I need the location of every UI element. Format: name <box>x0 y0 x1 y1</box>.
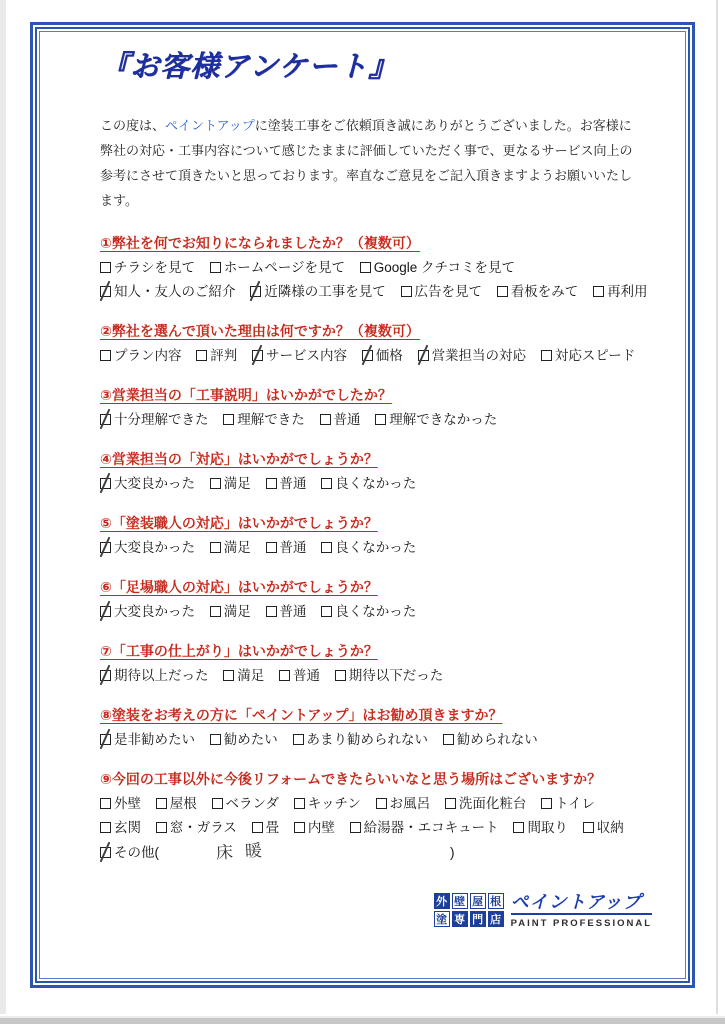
option-label: 良くなかった <box>335 476 416 491</box>
checkbox-option[interactable]: ベランダ <box>212 796 279 811</box>
checkbox-option[interactable]: 屋根 <box>156 796 197 811</box>
question-heading: ②弊社を選んで頂いた理由は何ですか？（複数可） <box>100 321 638 342</box>
logo-text-block: ペイントアップ PAINT PROFESSIONAL <box>511 893 652 929</box>
option-label: 屋根 <box>170 796 197 811</box>
checkbox-option[interactable]: あまり勧められない <box>293 732 429 747</box>
question-8: ⑧塗装をお考えの方に「ペイントアップ」はお勧め頂きますか？ 是非勧めたい 勧めた… <box>100 705 638 752</box>
option-label: 玄関 <box>114 820 141 835</box>
checkbox-option[interactable]: 畳 <box>252 820 280 835</box>
question-5: ⑤「塗装職人の対応」はいかがでしょうか？ 大変良かった 満足 普通 良くなかった <box>100 513 638 560</box>
checkbox-option[interactable]: 窓・ガラス <box>156 820 237 835</box>
checkbox-option[interactable]: 大変良かった <box>100 540 195 555</box>
option-label: 知人・友人のご紹介 <box>114 284 236 299</box>
checkbox-option[interactable]: 普通 <box>266 476 307 491</box>
checkbox-icon <box>223 414 234 425</box>
question-heading: ③営業担当の「工事説明」はいかがでしたか？ <box>100 385 638 406</box>
checkbox-icon <box>100 414 111 425</box>
checkbox-icon <box>100 847 111 858</box>
checkbox-icon <box>294 822 305 833</box>
checkbox-icon <box>513 822 524 833</box>
question-2: ②弊社を選んで頂いた理由は何ですか？（複数可） プラン内容 評判 サービス内容 … <box>100 321 638 368</box>
intro-paragraph: この度は、ペイントアップに塗装工事をご依頼頂き誠にありがとうございました。お客様… <box>100 113 634 213</box>
checkbox-option[interactable]: 間取り <box>513 820 568 835</box>
option-label: ベランダ <box>226 796 279 811</box>
checkbox-option[interactable]: お風呂 <box>376 796 431 811</box>
checkbox-option[interactable]: 満足 <box>210 604 251 619</box>
option-label: 営業担当の対応 <box>432 348 527 363</box>
title-reflection: 『お客様アンケート』 <box>100 85 638 98</box>
checkbox-icon <box>250 286 261 297</box>
option-label: 看板をみて <box>511 284 579 299</box>
checkbox-option[interactable]: 広告を見て <box>401 284 483 299</box>
checkbox-option[interactable]: 再利用 <box>593 284 648 299</box>
checkbox-option[interactable]: 普通 <box>266 540 307 555</box>
checkbox-option[interactable]: 良くなかった <box>321 476 416 491</box>
question-heading: ⑦「工事の仕上がり」はいかがでしょうか？ <box>100 641 638 662</box>
option-label: 普通 <box>334 412 361 427</box>
intro-pre: この度は、 <box>100 118 165 133</box>
checkbox-icon <box>100 478 111 489</box>
checkbox-icon <box>100 734 111 745</box>
option-label: 評判 <box>210 348 237 363</box>
option-label: 期待以下だった <box>349 668 444 683</box>
checkbox-option[interactable]: 満足 <box>223 668 264 683</box>
options-row: 知人・友人のご紹介 近隣様の工事を見て 広告を見て 看板をみて 再利用 <box>100 280 638 304</box>
handwritten-answer: 床暖 <box>215 838 274 865</box>
page-title: 『お客様アンケート』 <box>100 49 638 85</box>
checkbox-icon <box>321 478 332 489</box>
option-label: チラシを見て <box>114 260 195 275</box>
option-label: 給湯器・エコキュート <box>364 820 499 835</box>
option-label: 十分理解できた <box>114 412 209 427</box>
checkbox-option[interactable]: キッチン <box>294 796 361 811</box>
option-label: 畳 <box>266 820 280 835</box>
checkbox-icon <box>223 670 234 681</box>
question-6: ⑥「足場職人の対応」はいかがでしょうか？ 大変良かった 満足 普通 良くなかった <box>100 577 638 624</box>
logo-tile: 外 <box>434 893 450 909</box>
logo-tile: 塗 <box>434 911 450 927</box>
option-label: 満足 <box>237 668 264 683</box>
checkbox-icon <box>100 798 111 809</box>
checkbox-icon <box>196 350 207 361</box>
options-row: 大変良かった 満足 普通 良くなかった <box>100 472 638 496</box>
checkbox-icon <box>212 798 223 809</box>
checkbox-icon <box>210 262 221 273</box>
option-label: 期待以上だった <box>114 668 209 683</box>
checkbox-option[interactable]: チラシを見て <box>100 260 195 275</box>
options-row-other: その他(床暖) <box>100 840 638 865</box>
checkbox-option[interactable]: Google クチコミを見て <box>360 260 515 275</box>
option-label: 対応スピード <box>555 348 635 363</box>
option-label: 広告を見て <box>415 284 483 299</box>
checkbox-icon <box>583 822 594 833</box>
intro-brand-name: ペイントアップ <box>165 118 255 133</box>
option-label: サービス内容 <box>266 348 347 363</box>
question-7: ⑦「工事の仕上がり」はいかがでしょうか？ 期待以上だった 満足 普通 期待以下だ… <box>100 641 638 688</box>
checkbox-option[interactable]: トイレ <box>541 796 595 811</box>
logo-tiles-icon: 外 壁 屋 根 塗 専 門 店 <box>434 893 504 927</box>
checkbox-option[interactable]: 看板をみて <box>497 284 579 299</box>
checkbox-icon <box>100 542 111 553</box>
checkbox-option[interactable]: 良くなかった <box>321 540 416 555</box>
scan-edge-right <box>716 0 718 1014</box>
checkbox-option[interactable]: 理解できなかった <box>375 412 497 427</box>
option-label: Google クチコミを見て <box>374 260 515 275</box>
question-heading: ⑥「足場職人の対応」はいかがでしょうか？ <box>100 577 638 598</box>
checkbox-icon <box>320 414 331 425</box>
checkbox-icon <box>266 542 277 553</box>
checkbox-option[interactable]: 給湯器・エコキュート <box>350 820 499 835</box>
checkbox-icon <box>100 670 111 681</box>
option-label: トイレ <box>555 796 595 811</box>
checkbox-option[interactable]: 玄関 <box>100 820 141 835</box>
logo-subtitle: PAINT PROFESSIONAL <box>511 918 652 929</box>
option-label: 大変良かった <box>114 476 195 491</box>
checkbox-option[interactable]: 内壁 <box>294 820 335 835</box>
checkbox-icon <box>100 822 111 833</box>
options-row: 大変良かった 満足 普通 良くなかった <box>100 536 638 560</box>
options-row: 期待以上だった 満足 普通 期待以下だった <box>100 664 638 688</box>
question-heading: ⑤「塗装職人の対応」はいかがでしょうか？ <box>100 513 638 534</box>
checkbox-option[interactable]: 価格 <box>362 348 403 363</box>
option-label: 満足 <box>224 540 251 555</box>
checkbox-icon <box>360 262 371 273</box>
checkbox-option[interactable]: ホームページを見て <box>210 260 345 275</box>
checkbox-icon <box>210 542 221 553</box>
checkbox-option[interactable]: 満足 <box>210 540 251 555</box>
checkbox-option[interactable]: 勧めたい <box>210 732 278 747</box>
option-label: その他( <box>114 845 159 860</box>
checkbox-icon <box>541 350 552 361</box>
checkbox-option-other[interactable]: その他( <box>100 845 159 860</box>
checkbox-icon <box>100 286 111 297</box>
checkbox-icon <box>375 414 386 425</box>
checkbox-icon <box>321 542 332 553</box>
options-row: 外壁 屋根 ベランダ キッチン お風呂 洗面化粧台 トイレ <box>100 792 638 816</box>
option-label: 勧められない <box>457 732 538 747</box>
option-label: 勧めたい <box>224 732 278 747</box>
decorative-frame: 『お客様アンケート』 『お客様アンケート』 この度は、ペイントアップに塗装工事を… <box>30 22 695 988</box>
checkbox-option[interactable]: 期待以下だった <box>335 668 444 683</box>
checkbox-icon <box>443 734 454 745</box>
company-logo: 外 壁 屋 根 塗 専 門 店 ペイントアップ PAINT PROFESSION… <box>100 893 652 929</box>
option-label: 満足 <box>224 604 251 619</box>
decorative-frame-inner: 『お客様アンケート』 『お客様アンケート』 この度は、ペイントアップに塗装工事を… <box>39 31 686 979</box>
checkbox-option[interactable]: 評判 <box>196 348 237 363</box>
checkbox-option[interactable]: 良くなかった <box>321 604 416 619</box>
checkbox-option[interactable]: 普通 <box>320 412 361 427</box>
checkbox-option[interactable]: 収納 <box>583 820 624 835</box>
logo-tile: 根 <box>488 893 504 909</box>
logo-tile: 門 <box>470 911 486 927</box>
checkbox-icon <box>376 798 387 809</box>
scan-edge-bottom <box>0 1016 725 1024</box>
checkbox-icon <box>252 822 263 833</box>
checkbox-icon <box>252 350 263 361</box>
logo-tile: 壁 <box>452 893 468 909</box>
survey-page: 『お客様アンケート』 『お客様アンケート』 この度は、ペイントアップに塗装工事を… <box>41 33 684 977</box>
checkbox-icon <box>445 798 456 809</box>
option-label: 窓・ガラス <box>170 820 237 835</box>
question-1: ①弊社を何でお知りになられましたか？（複数可） チラシを見て ホームページを見て… <box>100 233 638 304</box>
option-label: 普通 <box>280 476 307 491</box>
checkbox-icon <box>293 734 304 745</box>
checkbox-option[interactable]: 期待以上だった <box>100 668 209 683</box>
checkbox-icon <box>401 286 412 297</box>
option-label: 収納 <box>597 820 624 835</box>
decorative-frame-mid: 『お客様アンケート』 『お客様アンケート』 この度は、ペイントアップに塗装工事を… <box>35 27 690 983</box>
option-label: 大変良かった <box>114 604 195 619</box>
checkbox-icon <box>362 350 373 361</box>
checkbox-option[interactable]: 外壁 <box>100 796 141 811</box>
option-label: 良くなかった <box>335 540 416 555</box>
checkbox-icon <box>266 478 277 489</box>
checkbox-icon <box>335 670 346 681</box>
checkbox-option[interactable]: 満足 <box>210 476 251 491</box>
option-label: 普通 <box>280 604 307 619</box>
question-heading: ⑧塗装をお考えの方に「ペイントアップ」はお勧め頂きますか？ <box>100 705 638 726</box>
checkbox-icon <box>210 734 221 745</box>
option-label: キッチン <box>308 796 361 811</box>
option-label: 満足 <box>224 476 251 491</box>
option-label: あまり勧められない <box>307 732 429 747</box>
checkbox-icon <box>156 822 167 833</box>
option-label: 理解できた <box>237 412 305 427</box>
options-row: 十分理解できた 理解できた 普通 理解できなかった <box>100 408 638 432</box>
option-label: 間取り <box>527 820 568 835</box>
option-label: 普通 <box>280 540 307 555</box>
option-label: 価格 <box>376 348 403 363</box>
checkbox-icon <box>418 350 429 361</box>
option-label: プラン内容 <box>114 348 182 363</box>
checkbox-icon <box>100 262 111 273</box>
checkbox-option[interactable]: 知人・友人のご紹介 <box>100 284 236 299</box>
checkbox-icon <box>100 606 111 617</box>
option-label: 近隣様の工事を見て <box>264 284 386 299</box>
checkbox-icon <box>541 798 552 809</box>
checkbox-icon <box>350 822 361 833</box>
title-block: 『お客様アンケート』 『お客様アンケート』 <box>100 49 638 98</box>
question-heading: ⑨今回の工事以外に今後リフォームできたらいいなと思う場所はございますか？ <box>100 769 638 790</box>
checkbox-option[interactable]: 勧められない <box>443 732 538 747</box>
option-label: 是非勧めたい <box>114 732 195 747</box>
checkbox-icon <box>210 478 221 489</box>
option-label: ホームページを見て <box>224 260 345 275</box>
logo-tile: 店 <box>488 911 504 927</box>
checkbox-option[interactable]: 対応スピード <box>541 348 635 363</box>
checkbox-icon <box>210 606 221 617</box>
checkbox-option[interactable]: 営業担当の対応 <box>418 348 527 363</box>
checkbox-option[interactable]: 近隣様の工事を見て <box>250 284 386 299</box>
option-label: 理解できなかった <box>389 412 497 427</box>
checkbox-option[interactable]: 大変良かった <box>100 604 195 619</box>
checkbox-option[interactable]: 是非勧めたい <box>100 732 195 747</box>
logo-tile: 屋 <box>470 893 486 909</box>
option-label: 内壁 <box>308 820 335 835</box>
option-label: 普通 <box>293 668 320 683</box>
question-heading: ①弊社を何でお知りになられましたか？（複数可） <box>100 233 638 254</box>
checkbox-icon <box>497 286 508 297</box>
checkbox-icon <box>156 798 167 809</box>
close-paren: ) <box>450 845 455 860</box>
option-label: 外壁 <box>114 796 141 811</box>
scan-edge-left <box>0 0 6 1014</box>
checkbox-option[interactable]: 普通 <box>279 668 320 683</box>
options-row: 玄関 窓・ガラス 畳 内壁 給湯器・エコキュート 間取り 収納 <box>100 816 638 840</box>
options-row: チラシを見て ホームページを見て Google クチコミを見て <box>100 256 638 280</box>
checkbox-option[interactable]: 十分理解できた <box>100 412 209 427</box>
question-4: ④営業担当の「対応」はいかがでしょうか？ 大変良かった 満足 普通 良くなかった <box>100 449 638 496</box>
checkbox-option[interactable]: プラン内容 <box>100 348 182 363</box>
question-9: ⑨今回の工事以外に今後リフォームできたらいいなと思う場所はございますか？ 外壁 … <box>100 769 638 865</box>
checkbox-icon <box>294 798 305 809</box>
option-label: 再利用 <box>607 284 648 299</box>
option-label: 大変良かった <box>114 540 195 555</box>
checkbox-option[interactable]: サービス内容 <box>252 348 347 363</box>
checkbox-option[interactable]: 洗面化粧台 <box>445 796 527 811</box>
checkbox-option[interactable]: 普通 <box>266 604 307 619</box>
checkbox-icon <box>593 286 604 297</box>
options-row: 大変良かった 満足 普通 良くなかった <box>100 600 638 624</box>
options-row: プラン内容 評判 サービス内容 価格 営業担当の対応 対応スピード <box>100 344 638 368</box>
checkbox-option[interactable]: 大変良かった <box>100 476 195 491</box>
option-label: 洗面化粧台 <box>459 796 527 811</box>
option-label: 良くなかった <box>335 604 416 619</box>
logo-brand-name: ペイントアップ <box>511 893 652 915</box>
option-label: お風呂 <box>390 796 431 811</box>
checkbox-icon <box>279 670 290 681</box>
checkbox-option[interactable]: 理解できた <box>223 412 305 427</box>
checkbox-icon <box>100 350 111 361</box>
logo-tile: 専 <box>452 911 468 927</box>
checkbox-icon <box>321 606 332 617</box>
options-row: 是非勧めたい 勧めたい あまり勧められない 勧められない <box>100 728 638 752</box>
checkbox-icon <box>266 606 277 617</box>
question-heading: ④営業担当の「対応」はいかがでしょうか？ <box>100 449 638 470</box>
question-3: ③営業担当の「工事説明」はいかがでしたか？ 十分理解できた 理解できた 普通 理… <box>100 385 638 432</box>
